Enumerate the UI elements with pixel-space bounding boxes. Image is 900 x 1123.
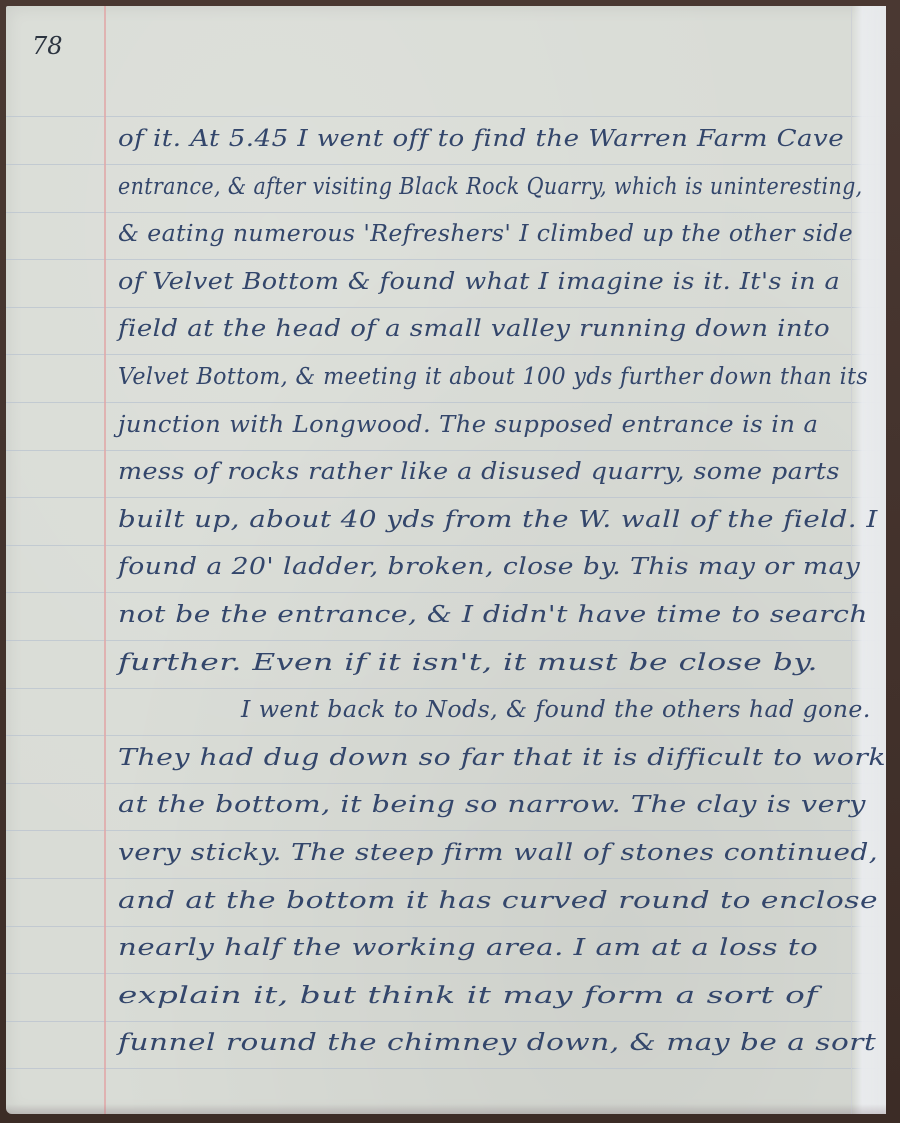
- handwritten-line: not be the entrance, & I didn't have tim…: [118, 602, 868, 628]
- handwritten-line: further. Even if it isn't, it must be cl…: [118, 650, 818, 676]
- ruled-line: [6, 545, 886, 546]
- ruled-line: [6, 354, 886, 355]
- ruled-line: [6, 164, 886, 165]
- ruled-line: [6, 1021, 886, 1022]
- ruled-line: [6, 259, 886, 260]
- handwritten-line: I went back to Nods, & found the others …: [241, 697, 871, 723]
- ruled-line: [6, 830, 886, 831]
- ruled-line: [6, 926, 886, 927]
- handwritten-line: at the bottom, it being so narrow. The c…: [118, 792, 866, 818]
- ruled-line: [6, 402, 886, 403]
- ruled-line: [6, 212, 886, 213]
- ruled-line: [6, 783, 886, 784]
- ruled-line: [6, 688, 886, 689]
- margin-rule: [104, 6, 106, 1114]
- handwritten-line: very sticky. The steep firm wall of ston…: [118, 840, 878, 866]
- handwritten-line: found a 20' ladder, broken, close by. Th…: [118, 554, 860, 580]
- page-bottom-shadow: [6, 1104, 886, 1114]
- handwritten-line: explain it, but think it may form a sort…: [118, 983, 818, 1009]
- ruled-line: [6, 116, 886, 117]
- ruled-line: [6, 973, 886, 974]
- ruled-line: [6, 1068, 886, 1069]
- handwritten-line: junction with Longwood. The supposed ent…: [118, 412, 818, 438]
- handwritten-line: funnel round the chimney down, & may be …: [118, 1030, 876, 1056]
- notebook-photo: 78 of it. At 5.45 I went off to find the…: [0, 0, 900, 1123]
- handwritten-line: They had dug down so far that it is diff…: [118, 745, 886, 771]
- page-number: 78: [32, 32, 63, 60]
- handwritten-line: field at the head of a small valley runn…: [118, 316, 830, 342]
- ruled-line: [6, 497, 886, 498]
- ruled-line: [6, 640, 886, 641]
- ruled-line: [6, 878, 886, 879]
- handwritten-line: of it. At 5.45 I went off to find the Wa…: [118, 126, 844, 152]
- handwritten-line: built up, about 40 yds from the W. wall …: [118, 507, 878, 533]
- handwritten-line: & eating numerous 'Refreshers' I climbed…: [118, 221, 853, 247]
- ruled-line: [6, 307, 886, 308]
- handwritten-line: nearly half the working area. I am at a …: [118, 935, 818, 961]
- ruled-line: [6, 450, 886, 451]
- ruled-line: [6, 592, 886, 593]
- handwritten-line: entrance, & after visiting Black Rock Qu…: [118, 174, 863, 200]
- handwritten-line: Velvet Bottom, & meeting it about 100 yd…: [118, 364, 868, 390]
- notebook-page: 78 of it. At 5.45 I went off to find the…: [6, 6, 886, 1114]
- handwritten-line: and at the bottom it has curved round to…: [118, 888, 878, 914]
- handwritten-line: of Velvet Bottom & found what I imagine …: [118, 269, 840, 295]
- handwritten-line: mess of rocks rather like a disused quar…: [118, 459, 840, 485]
- ruled-line: [6, 735, 886, 736]
